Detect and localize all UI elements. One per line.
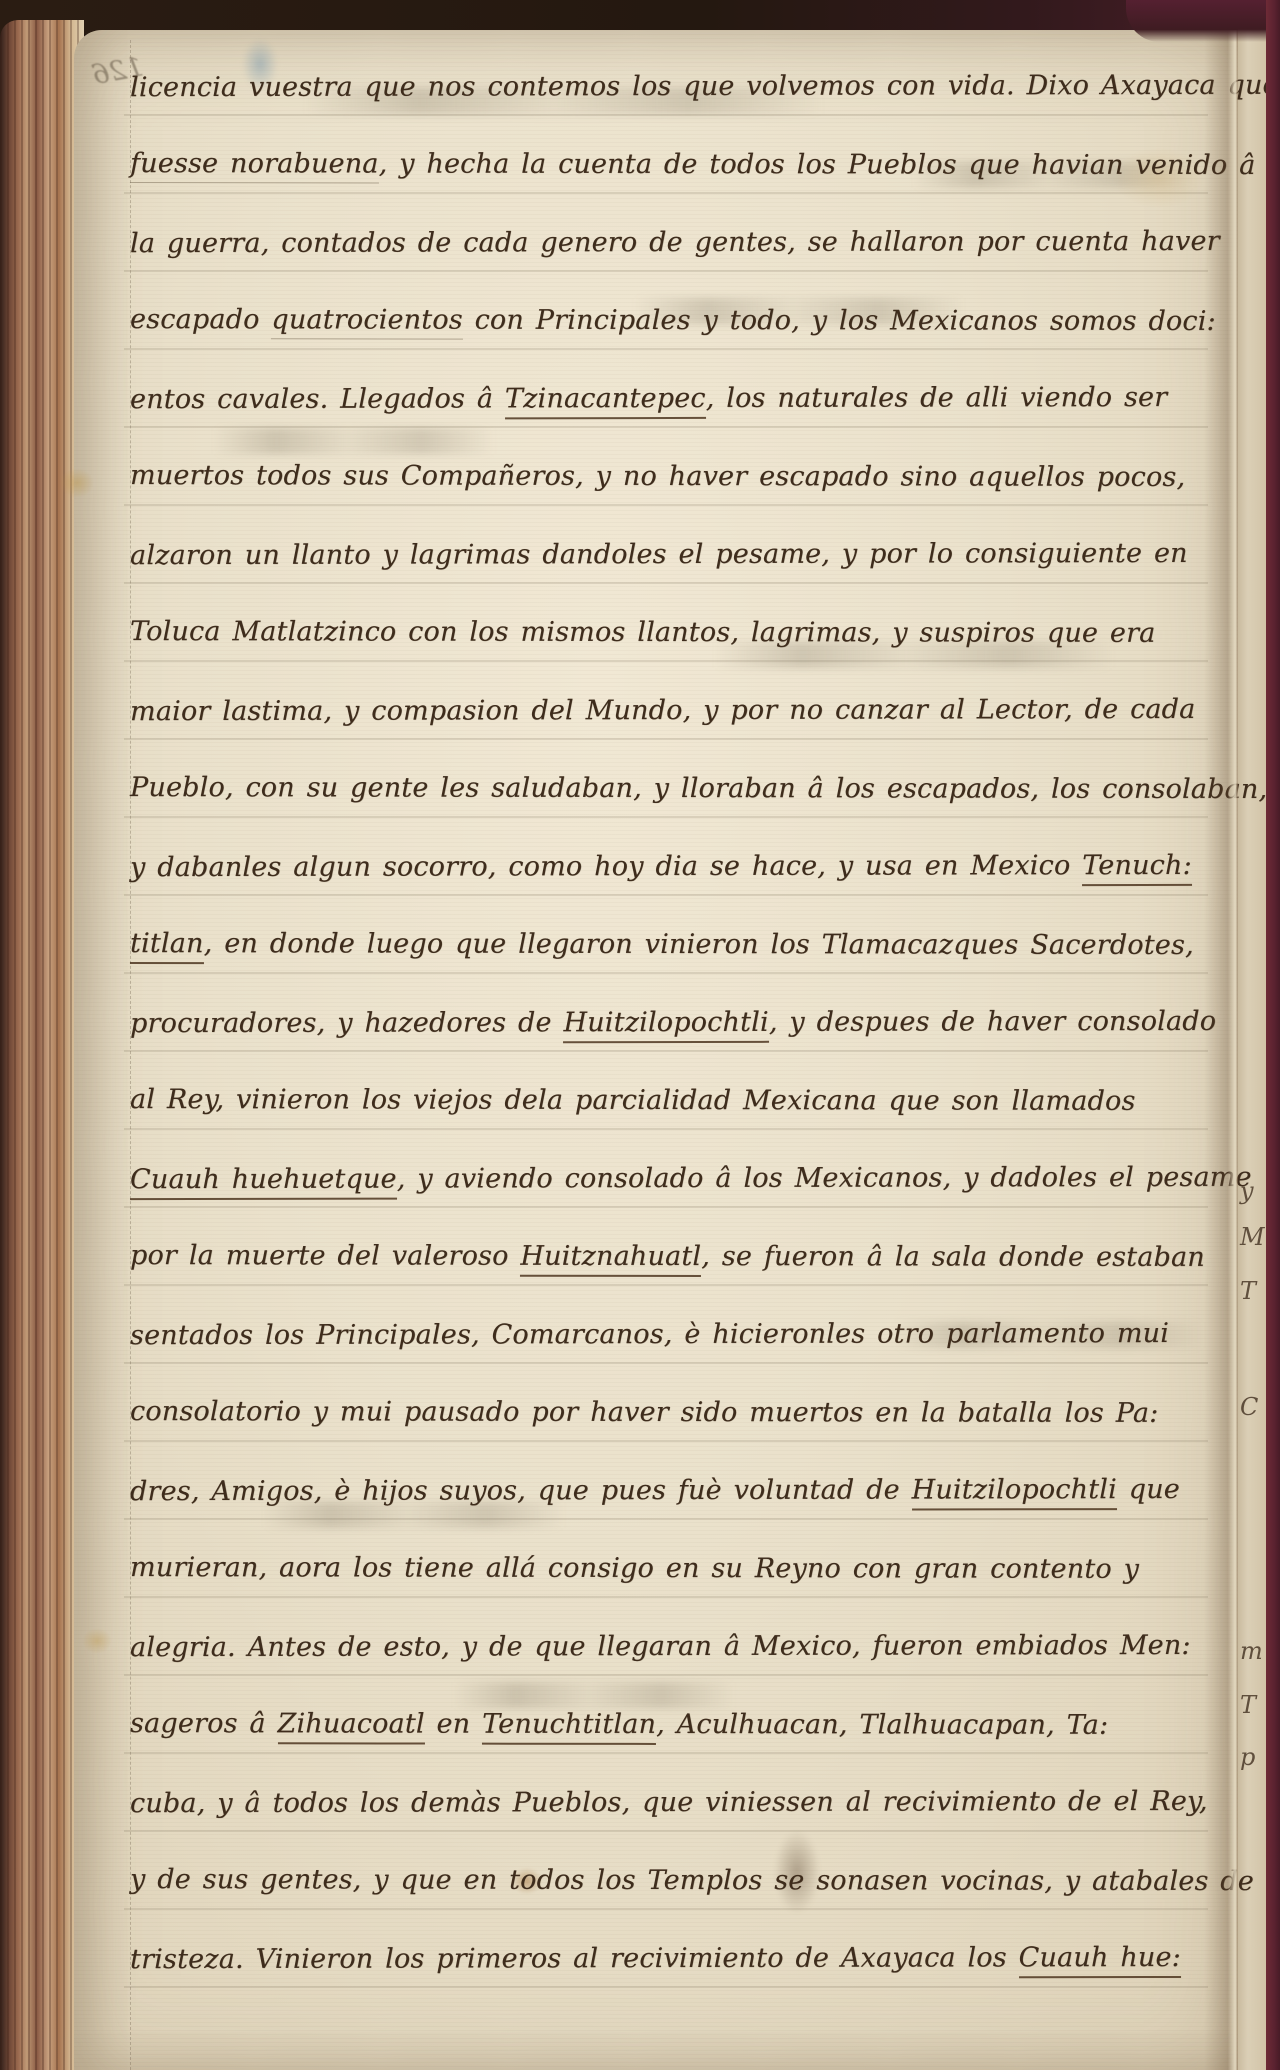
underlined-word: Huitzilopochtli	[912, 1474, 1117, 1510]
handwritten-text: la guerra, contados de cada genero de ge…	[130, 226, 1220, 259]
handwritten-text: muertos todos sus Compañeros, y no haver…	[130, 460, 1185, 493]
manuscript-page: 126 licencia vuestra que nos contemos lo…	[74, 30, 1238, 2070]
handwritten-text: , en donde luego que llegaron vinieron l…	[204, 928, 1194, 961]
handwritten-text: murieran, aora los tiene allá consigo en…	[130, 1552, 1139, 1585]
handwritten-text: , se fueron â la sala donde estaban	[701, 1241, 1205, 1273]
handwritten-text: entos cavales. Llegados â	[130, 383, 505, 415]
manuscript-line: cuba, y â todos los demàs Pueblos, que v…	[130, 1763, 1222, 1843]
book-top-edge	[0, 0, 1280, 34]
manuscript-line: y de sus gentes, y que en todos los Temp…	[130, 1841, 1222, 1921]
underlined-word: Tzinacantepec	[505, 383, 706, 419]
handwritten-text: al Rey, vinieron los viejos dela parcial…	[130, 1084, 1136, 1117]
manuscript-line: murieran, aora los tiene allá consigo en…	[130, 1529, 1222, 1609]
book-photo: 126 licencia vuestra que nos contemos lo…	[0, 0, 1280, 2070]
handwritten-text: , y aviendo consolado â los Mexicanos, y…	[397, 1162, 1252, 1195]
handwritten-text: Toluca Matlatzinco con los mismos llanto…	[130, 616, 1156, 649]
underlined-word: Tenuch:	[1082, 850, 1192, 886]
manuscript-line: muertos todos sus Compañeros, y no haver…	[130, 437, 1222, 517]
manuscript-line: titlan, en donde luego que llegaron vini…	[130, 905, 1222, 985]
manuscript-line: sageros â Zihuacoatl en Tenuchtitlan, Ac…	[130, 1685, 1222, 1765]
handwritten-text: procuradores, y hazedores de	[130, 1007, 564, 1039]
handwritten-text: cuba, y â todos los demàs Pueblos, que v…	[130, 1786, 1208, 1819]
manuscript-text: licencia vuestra que nos contemos los qu…	[130, 48, 1222, 2028]
manuscript-line: sentados los Principales, Comarcanos, è …	[130, 1295, 1222, 1375]
underlined-word: Tenuchtitlan	[482, 1709, 656, 1745]
next-page-partial-letter: M	[1240, 1222, 1266, 1252]
underlined-word: Cuauh huehuetque	[130, 1164, 397, 1201]
handwritten-text: escapado	[130, 304, 271, 335]
manuscript-line: escapado quatrocientos con Principales y…	[130, 281, 1222, 361]
underlined-word: titlan	[130, 928, 204, 964]
handwritten-text: alegria. Antes de esto, y de que llegara…	[130, 1630, 1191, 1663]
manuscript-line: maior lastima, y compasion del Mundo, y …	[130, 671, 1222, 751]
underlined-word: Cuauh hue:	[1019, 1942, 1181, 1978]
manuscript-line: consolatorio y mui pausado por haver sid…	[130, 1373, 1222, 1453]
handwritten-text: quatrocientos	[271, 304, 463, 339]
manuscript-line: procuradores, y hazedores de Huitzilopoc…	[130, 983, 1222, 1063]
underlined-word: Huitzilopochtli	[563, 1007, 768, 1043]
handwritten-text: dres, Amigos, è hijos suyos, que pues fu…	[130, 1475, 912, 1508]
foxing-stain	[82, 1628, 112, 1654]
manuscript-line: alegria. Antes de esto, y de que llegara…	[130, 1607, 1222, 1687]
foxing-stain	[60, 468, 94, 498]
manuscript-line: la guerra, contados de cada genero de ge…	[130, 203, 1222, 283]
manuscript-line: fuesse norabuena, y hecha la cuenta de t…	[130, 125, 1222, 205]
handwritten-text: y de sus gentes, y que en todos los Temp…	[130, 1864, 1254, 1897]
handwritten-text: alzaron un llanto y lagrimas dandoles el…	[130, 538, 1188, 571]
handwritten-text: , los naturales de alli viendo ser	[706, 382, 1168, 414]
handwritten-text: y dabanles algun socorro, como hoy dia s…	[130, 850, 1082, 883]
next-page-partial-letter: m	[1240, 1636, 1266, 1666]
handwritten-text: por la muerte del valeroso	[130, 1240, 520, 1272]
handwritten-text: fuesse norabuena	[130, 148, 379, 183]
handwritten-text: , y hecha la cuenta de todos los Pueblos…	[379, 148, 1256, 181]
manuscript-line: entos cavales. Llegados â Tzinacantepec,…	[130, 359, 1222, 439]
next-page-sliver: yMTCmTp	[1238, 0, 1266, 2070]
handwritten-text: maior lastima, y compasion del Mundo, y …	[130, 694, 1196, 727]
manuscript-line: Pueblo, con su gente les saludaban, y ll…	[130, 749, 1222, 829]
handwritten-text: sageros â	[130, 1708, 278, 1739]
manuscript-line: Toluca Matlatzinco con los mismos llanto…	[130, 593, 1222, 673]
next-page-partial-letter: T	[1240, 1690, 1266, 1720]
underlined-word: Huitznahuatl	[520, 1241, 701, 1277]
manuscript-line: al Rey, vinieron los viejos dela parcial…	[130, 1061, 1222, 1141]
manuscript-line: tristeza. Vinieron los primeros al reciv…	[130, 1919, 1222, 1999]
handwritten-text: , Aculhuacan, Tlalhuacapan, Ta:	[656, 1709, 1108, 1741]
next-page-partial-letter: T	[1240, 1276, 1266, 1306]
book-cover-corner	[1126, 0, 1266, 42]
spine-page-edges	[0, 20, 84, 2070]
handwritten-text: Pueblo, con su gente les saludaban, y ll…	[130, 772, 1267, 805]
handwritten-text: en	[425, 1709, 482, 1740]
manuscript-line: por la muerte del valeroso Huitznahuatl,…	[130, 1217, 1222, 1297]
handwritten-text: sentados los Principales, Comarcanos, è …	[130, 1318, 1169, 1351]
manuscript-line: y dabanles algun socorro, como hoy dia s…	[130, 827, 1222, 907]
handwritten-text: , y despues de haver consolado	[769, 1006, 1216, 1038]
manuscript-line: dres, Amigos, è hijos suyos, que pues fu…	[130, 1451, 1222, 1531]
manuscript-line: licencia vuestra que nos contemos los qu…	[130, 47, 1222, 127]
underlined-word: Zihuacoatl	[277, 1708, 424, 1744]
manuscript-line: Cuauh huehuetque, y aviendo consolado â …	[130, 1139, 1222, 1219]
handwritten-text: consolatorio y mui pausado por haver sid…	[130, 1396, 1159, 1429]
handwritten-text: con Principales y todo, y los Mexicanos …	[463, 305, 1216, 337]
next-page-partial-letter: p	[1240, 1742, 1266, 1772]
handwritten-text: licencia vuestra que nos contemos los qu…	[130, 70, 1279, 103]
handwritten-text: tristeza. Vinieron los primeros al reciv…	[130, 1942, 1019, 1975]
book-cover-edge	[1266, 0, 1280, 2070]
next-page-partial-letter: C	[1240, 1392, 1266, 1422]
handwritten-text: que	[1117, 1474, 1180, 1505]
manuscript-line: alzaron un llanto y lagrimas dandoles el…	[130, 515, 1222, 595]
